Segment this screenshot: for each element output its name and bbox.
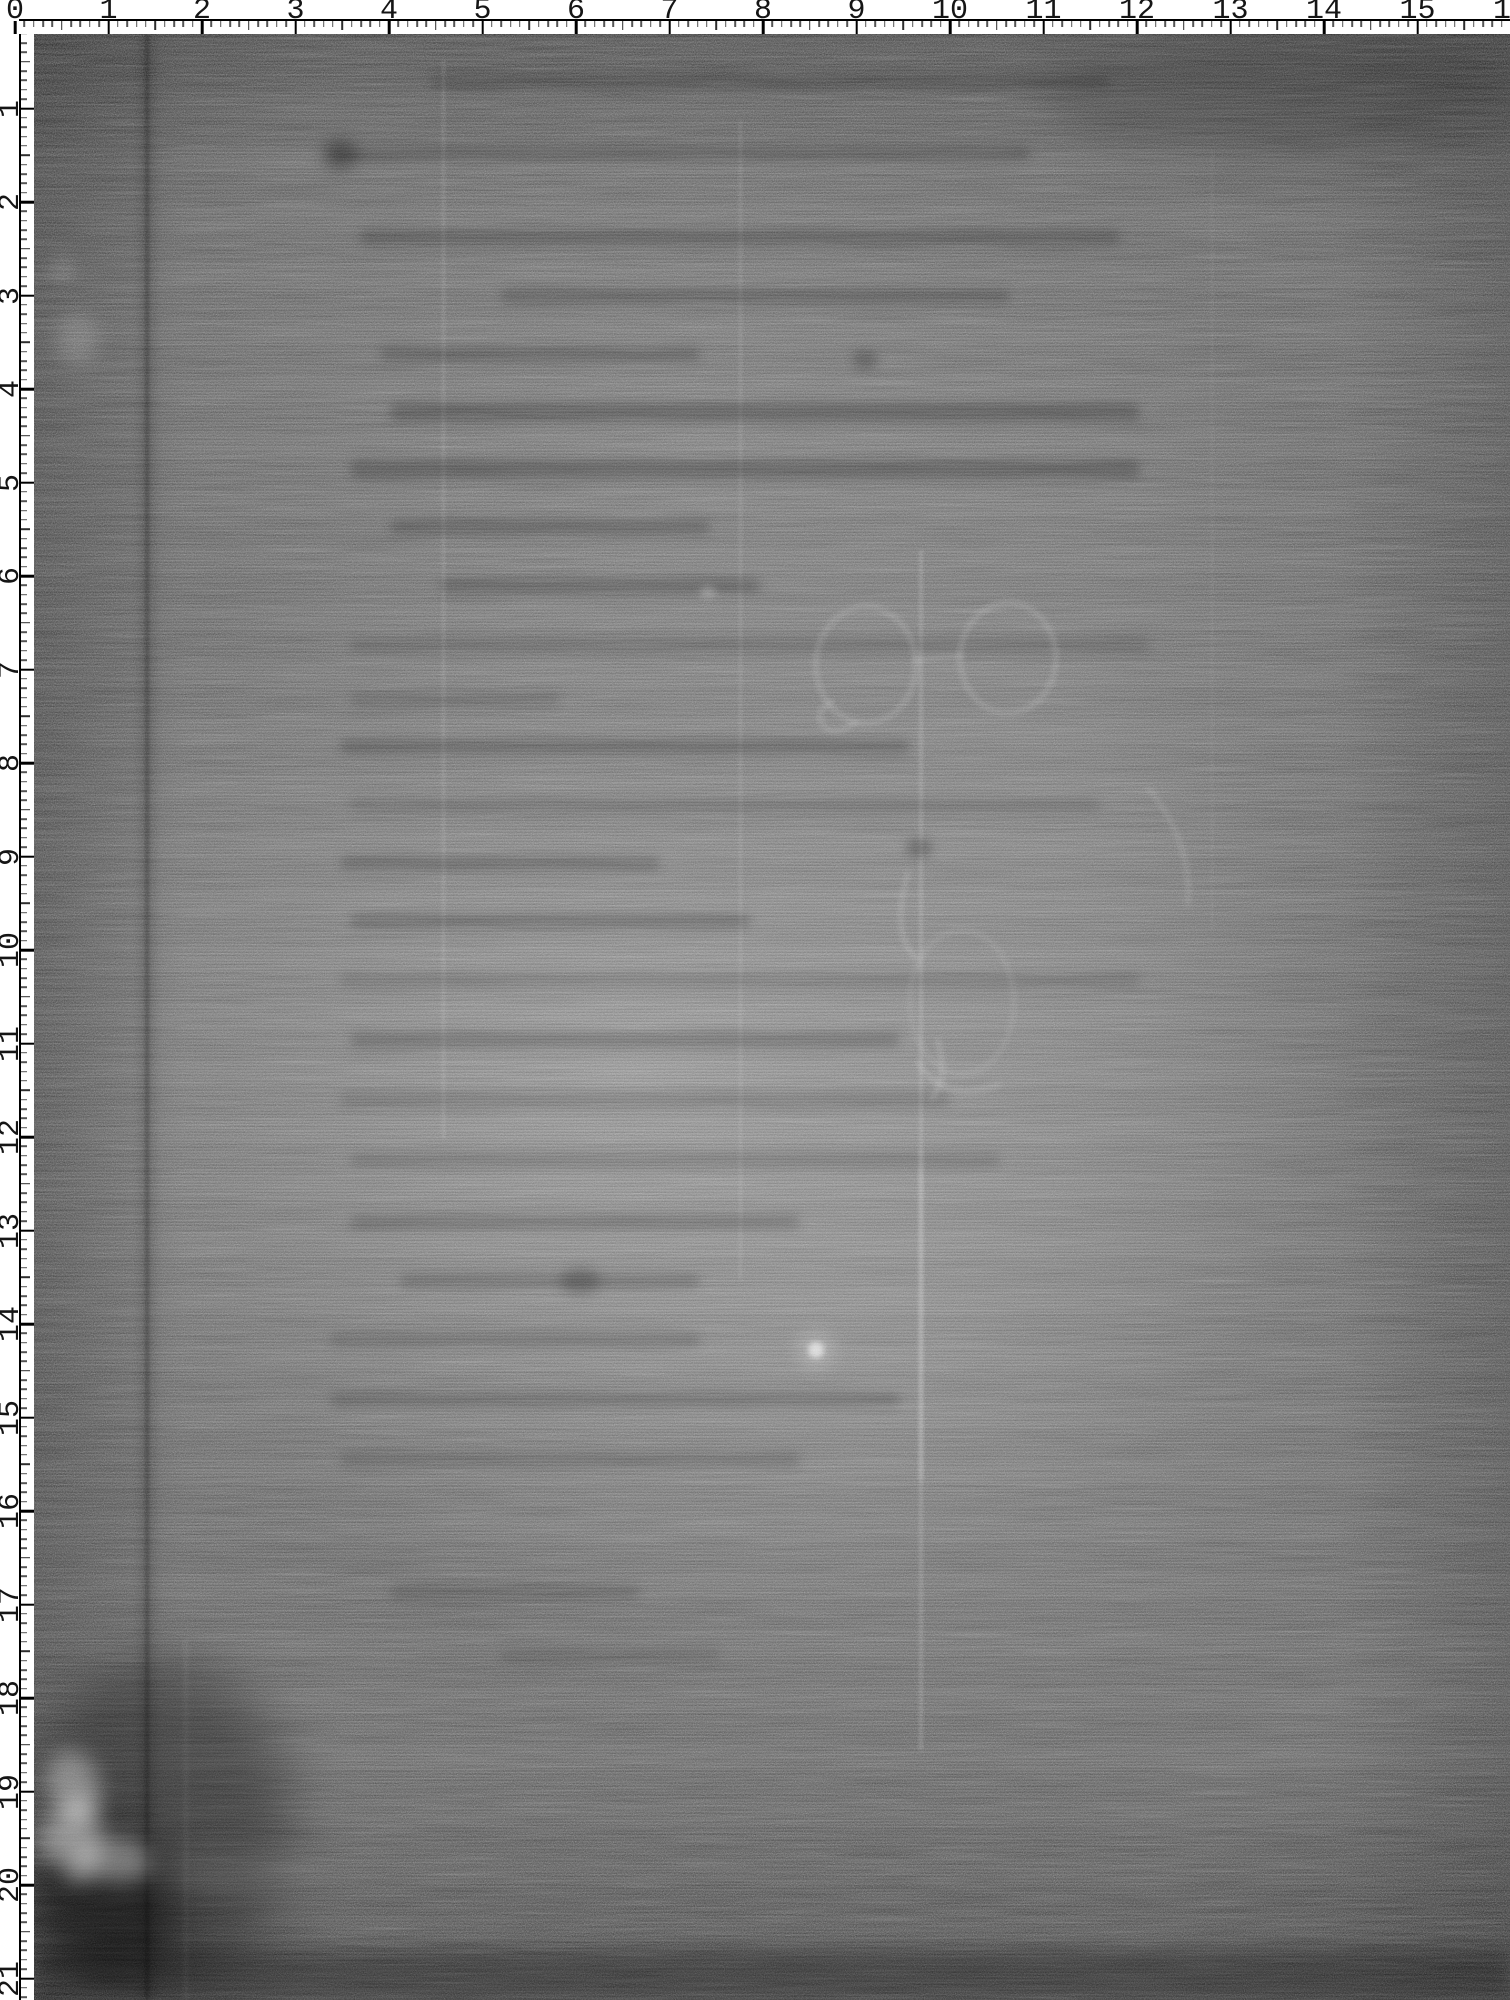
ruler-horizontal-cm: 012345678910111213141516 — [0, 0, 1510, 34]
ruler-label-20: 20 — [0, 1867, 26, 1903]
ruler-label-9: 9 — [847, 0, 865, 26]
ruler-label-10: 10 — [932, 0, 968, 26]
ruler-label-8: 8 — [754, 0, 772, 26]
ruler-label-4: 4 — [0, 380, 26, 398]
ruler-label-6: 6 — [0, 567, 26, 585]
ruler-label-2: 2 — [193, 0, 211, 26]
ruler-label-15: 15 — [0, 1399, 26, 1435]
ruler-label-1: 1 — [0, 99, 26, 117]
ruler-label-18: 18 — [0, 1680, 26, 1716]
ruler-label-1: 1 — [99, 0, 117, 26]
ruler-label-11: 11 — [1025, 0, 1061, 26]
ruler-label-5: 5 — [0, 473, 26, 491]
ruler-top-labels: 012345678910111213141516 — [0, 0, 1510, 34]
manuscript-leaf-scan — [34, 34, 1510, 2000]
ruler-label-14: 14 — [1306, 0, 1342, 26]
ruler-label-4: 4 — [380, 0, 398, 26]
ruler-label-8: 8 — [0, 754, 26, 772]
ruler-label-16: 16 — [0, 1493, 26, 1529]
ruler-label-17: 17 — [0, 1586, 26, 1622]
ruler-label-7: 7 — [0, 660, 26, 678]
ruler-vertical-cm: 123456789101112131415161718192021 — [0, 0, 34, 2000]
ruler-label-13: 13 — [1212, 0, 1248, 26]
scan-viewport: 012345678910111213141516 123456789101112… — [0, 0, 1510, 2000]
ruler-label-7: 7 — [660, 0, 678, 26]
ruler-label-6: 6 — [567, 0, 585, 26]
edge-vignette — [34, 34, 1510, 2000]
ruler-label-10: 10 — [0, 932, 26, 968]
ruler-label-16: 16 — [1493, 0, 1510, 26]
ruler-left-labels: 123456789101112131415161718192021 — [0, 0, 34, 2000]
ruler-label-11: 11 — [0, 1025, 26, 1061]
ruler-label-5: 5 — [473, 0, 491, 26]
ruler-label-9: 9 — [0, 847, 26, 865]
ruler-label-21: 21 — [0, 1960, 26, 1996]
ruler-label-0: 0 — [6, 0, 24, 26]
ruler-label-15: 15 — [1399, 0, 1435, 26]
ruler-label-3: 3 — [0, 286, 26, 304]
ruler-label-12: 12 — [0, 1119, 26, 1155]
ruler-label-2: 2 — [0, 193, 26, 211]
ruler-label-13: 13 — [0, 1212, 26, 1248]
ruler-label-12: 12 — [1119, 0, 1155, 26]
ruler-label-3: 3 — [286, 0, 304, 26]
ruler-label-19: 19 — [0, 1773, 26, 1809]
ruler-label-14: 14 — [0, 1306, 26, 1342]
